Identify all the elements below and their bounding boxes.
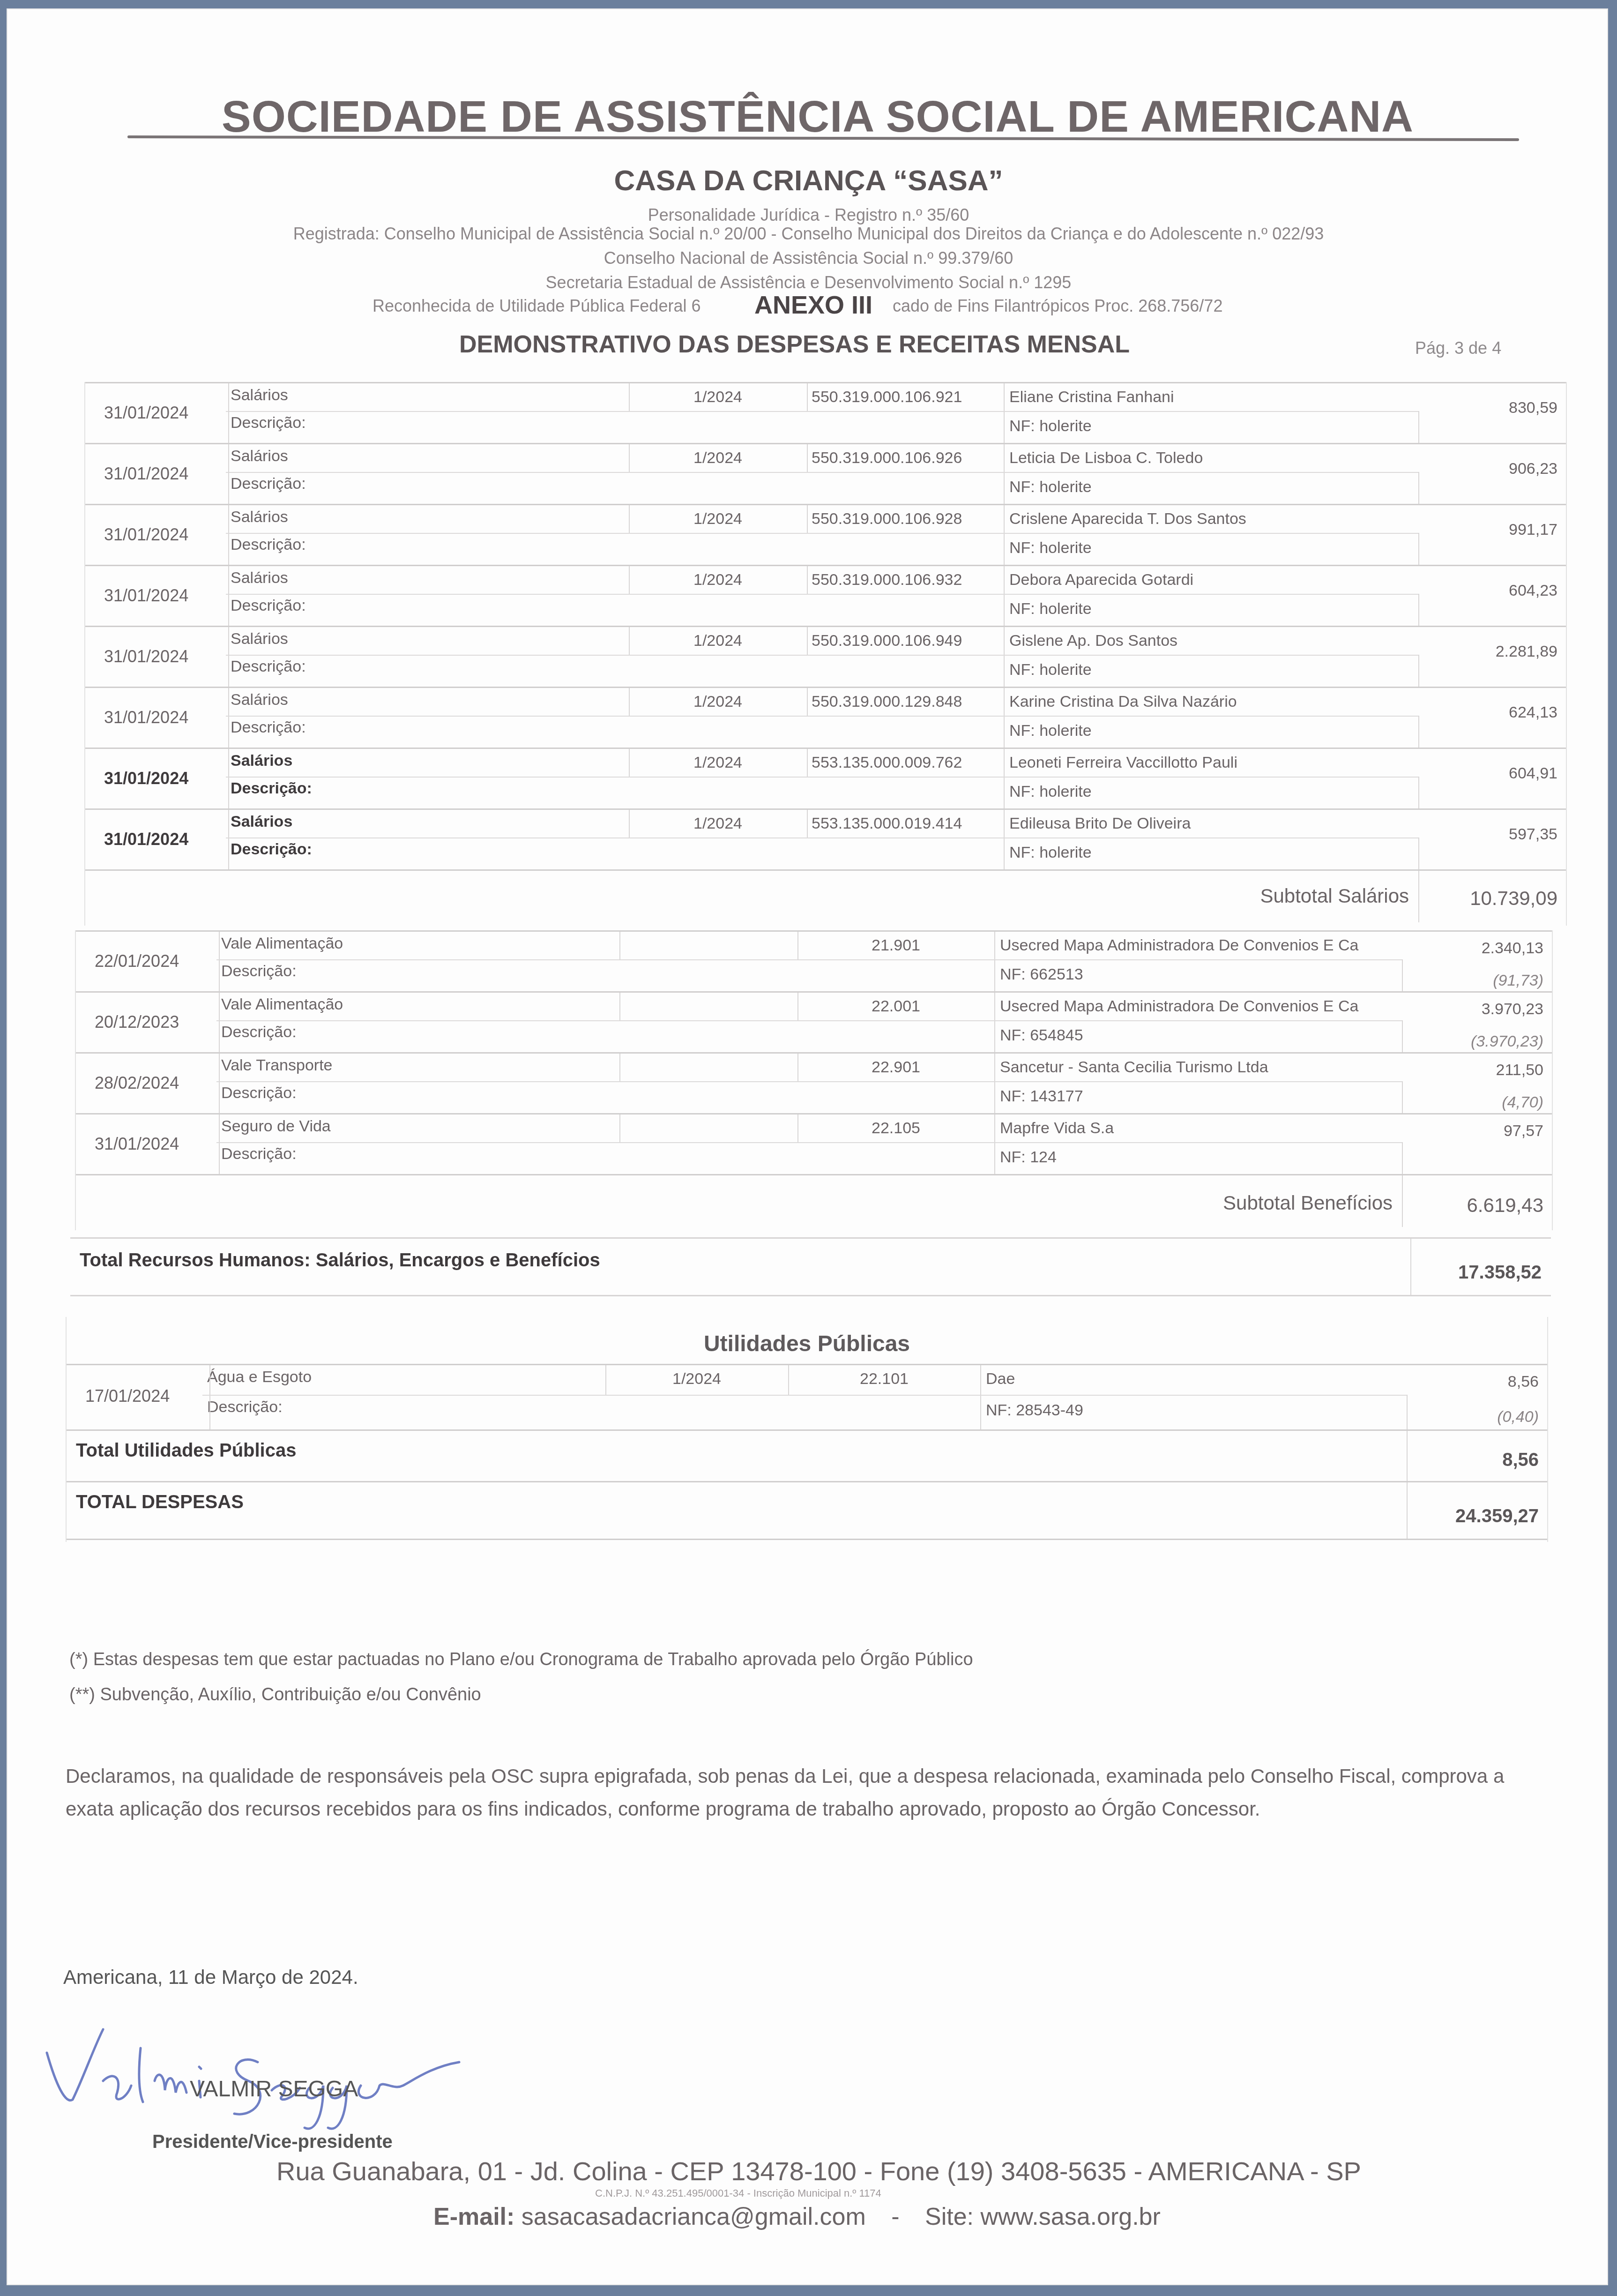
row-type: Salários (231, 752, 292, 770)
row-value: 830,59 (1509, 399, 1557, 417)
subtotal-row: Subtotal Benefícios6.619,43 (76, 1174, 1552, 1227)
column-divider (1402, 1020, 1403, 1054)
row-period: 1/2024 (605, 1370, 788, 1388)
row-divider (202, 1395, 1407, 1396)
row-divider (216, 1142, 1402, 1143)
row-value: 597,35 (1509, 825, 1557, 844)
row-invoice: NF: 143177 (1000, 1087, 1083, 1106)
row-description-label: Descrição: (231, 536, 306, 554)
row-date: 31/01/2024 (104, 403, 188, 423)
footnote-1: (*) Estas despesas tem que estar pactuad… (69, 1650, 973, 1670)
column-divider (228, 505, 229, 566)
footer-address: Rua Guanabara, 01 - Jd. Colina - CEP 134… (276, 2156, 1361, 2186)
row-date: 31/01/2024 (104, 708, 188, 727)
row-type: Seguro de Vida (221, 1117, 331, 1136)
row-invoice: NF: 662513 (1000, 965, 1083, 984)
column-divider (1418, 411, 1419, 445)
row-payee-name: Eliane Cristina Fanhani (1009, 388, 1174, 406)
row-type: Salários (231, 386, 288, 404)
row-divider (226, 594, 1418, 595)
row-description-label: Descrição: (231, 475, 306, 493)
email-link[interactable]: sasacasadacrianca@gmail.com (522, 2203, 866, 2230)
column-divider (807, 749, 808, 777)
row-value: 2.340,13 (1482, 939, 1543, 957)
table-row: 31/01/2024SaláriosDescrição:1/2024550.31… (85, 443, 1566, 505)
column-divider (1407, 1395, 1408, 1431)
declaration-text: Declaramos, na qualidade de responsáveis… (66, 1760, 1518, 1825)
row-description-label: Descrição: (231, 840, 312, 859)
row-divider (226, 655, 1418, 656)
row-deduction: (4,70) (1502, 1093, 1543, 1112)
row-date: 31/01/2024 (104, 586, 188, 606)
column-divider (209, 1365, 210, 1431)
row-description-label: Descrição: (207, 1398, 283, 1416)
registration-line: Personalidade Jurídica - Registro n.º 35… (0, 205, 1617, 225)
table-row: 17/01/2024Água e EsgotoDescrição:1/20242… (67, 1364, 1547, 1431)
row-date: 31/01/2024 (104, 769, 188, 788)
column-divider (1407, 1431, 1408, 1482)
row-invoice: NF: holerite (1009, 844, 1092, 862)
row-payee-name: Crislene Aparecida T. Dos Santos (1009, 510, 1246, 528)
row-invoice: NF: holerite (1009, 417, 1092, 435)
column-divider (980, 1365, 981, 1431)
total-expenses-value: 24.359,27 (1455, 1506, 1539, 1527)
row-invoice: NF: 654845 (1000, 1026, 1083, 1045)
column-divider (228, 627, 229, 688)
column-divider (228, 383, 229, 444)
column-divider (219, 1114, 220, 1175)
subtotal-salaries-label: Subtotal Salários (1260, 885, 1409, 907)
row-divider (216, 959, 1402, 960)
row-document-number: 21.901 (802, 936, 990, 955)
row-deduction: (0,40) (1497, 1408, 1539, 1426)
row-payee-name: Usecred Mapa Administradora De Convenios… (1000, 936, 1358, 955)
row-description-label: Descrição: (221, 1145, 297, 1163)
row-payee-name: Leoneti Ferreira Vaccillotto Pauli (1009, 754, 1237, 772)
column-divider (619, 1114, 620, 1142)
column-divider (1004, 505, 1005, 566)
row-payee-name: Dae (986, 1370, 1015, 1388)
column-divider (1004, 810, 1005, 871)
row-payee-name: Debora Aparecida Gotardi (1009, 571, 1193, 589)
column-divider (1004, 566, 1005, 627)
row-description-label: Descrição: (231, 718, 306, 737)
column-divider (797, 1114, 798, 1142)
row-value: 906,23 (1509, 460, 1557, 478)
row-value: 604,91 (1509, 764, 1557, 783)
total-hr-value: 17.358,52 (1458, 1262, 1542, 1283)
column-divider (619, 1054, 620, 1081)
email-label: E-mail: (433, 2203, 514, 2230)
column-divider (807, 627, 808, 655)
column-divider (1407, 1482, 1408, 1539)
table-row: 31/01/2024Seguro de VidaDescrição:22.105… (76, 1113, 1552, 1175)
row-period: 1/2024 (629, 571, 807, 589)
subtotal-salaries-value: 10.739,09 (1470, 887, 1557, 910)
row-document-number: 22.901 (802, 1058, 990, 1077)
total-hr-row: Total Recursos Humanos: Salários, Encarg… (70, 1237, 1551, 1296)
row-description-label: Descrição: (221, 1023, 297, 1041)
table-row: 31/01/2024SaláriosDescrição:1/2024553.13… (85, 748, 1566, 810)
column-divider (807, 688, 808, 716)
column-divider (994, 932, 995, 993)
column-divider (1418, 716, 1419, 749)
table-row: 31/01/2024SaláriosDescrição:1/2024553.13… (85, 808, 1566, 871)
row-date: 31/01/2024 (104, 464, 188, 484)
column-divider (228, 749, 229, 810)
column-divider (219, 932, 220, 993)
utilities-table: Utilidades Públicas 17/01/2024Água e Esg… (66, 1317, 1548, 1542)
row-payee-name: Karine Cristina Da Silva Nazário (1009, 693, 1237, 711)
registration-line: Secretaria Estadual de Assistência e Des… (0, 273, 1617, 292)
row-type: Salários (231, 813, 292, 831)
table-row: 31/01/2024SaláriosDescrição:1/2024550.31… (85, 382, 1566, 444)
org-name: SOCIEDADE DE ASSISTÊNCIA SOCIAL DE AMERI… (108, 91, 1528, 142)
column-divider (994, 1054, 995, 1114)
column-divider (994, 1114, 995, 1175)
row-type: Salários (231, 447, 288, 465)
row-document-number: 553.135.000.019.414 (812, 815, 962, 833)
separator: - (891, 2203, 899, 2230)
column-divider (219, 993, 220, 1054)
utilities-rows: 17/01/2024Água e EsgotoDescrição:1/20242… (67, 1364, 1547, 1429)
row-value: 3.970,23 (1482, 1000, 1543, 1018)
registration-line: cado de Fins Filantrópicos Proc. 268.756… (893, 296, 1222, 316)
column-divider (219, 1054, 220, 1114)
row-period: 1/2024 (629, 632, 807, 650)
column-divider (1418, 777, 1419, 810)
row-divider (226, 777, 1418, 778)
column-divider (807, 566, 808, 594)
row-document-number: 550.319.000.129.848 (812, 693, 962, 711)
column-divider (228, 444, 229, 505)
row-value: 991,17 (1509, 521, 1557, 539)
org-subtitle: CASA DA CRIANÇA “SASA” (0, 164, 1617, 197)
row-document-number: 550.319.000.106.928 (812, 510, 962, 528)
row-divider (216, 1081, 1402, 1082)
row-divider (226, 838, 1418, 838)
row-type: Salários (231, 508, 288, 526)
row-payee-name: Gislene Ap. Dos Santos (1009, 632, 1177, 650)
row-payee-name: Usecred Mapa Administradora De Convenios… (1000, 997, 1358, 1016)
footer-cnpj: C.N.P.J. N.º 43.251.495/0001-34 - Inscri… (595, 2187, 881, 2199)
table-row: 31/01/2024SaláriosDescrição:1/2024550.31… (85, 565, 1566, 627)
row-date: 22/01/2024 (95, 951, 179, 971)
table-row: 31/01/2024SaláriosDescrição:1/2024550.31… (85, 504, 1566, 566)
row-deduction: (3.970,23) (1471, 1032, 1543, 1051)
row-payee-name: Leticia De Lisboa C. Toledo (1009, 449, 1203, 467)
row-invoice: NF: holerite (1009, 783, 1092, 801)
column-divider (797, 932, 798, 959)
total-expenses-label: TOTAL DESPESAS (76, 1492, 244, 1513)
row-divider (226, 472, 1418, 473)
column-divider (228, 566, 229, 627)
utilities-total-label: Total Utilidades Públicas (76, 1440, 296, 1461)
row-divider (226, 533, 1418, 534)
row-value: 97,57 (1504, 1122, 1543, 1140)
subtotal-benefits-label: Subtotal Benefícios (1223, 1192, 1393, 1214)
row-date: 31/01/2024 (95, 1134, 179, 1154)
row-payee-name: Edileusa Brito De Oliveira (1009, 815, 1191, 833)
row-document-number: 550.319.000.106.921 (812, 388, 962, 406)
row-type: Vale Alimentação (221, 935, 343, 953)
row-date: 31/01/2024 (104, 647, 188, 666)
utilities-total-value: 8,56 (1502, 1450, 1539, 1471)
signer-role: Presidente/Vice-presidente (152, 2131, 393, 2153)
row-description-label: Descrição: (221, 962, 297, 980)
row-period: 1/2024 (629, 449, 807, 467)
signer-name: VALMIR SEGGA (190, 2076, 358, 2102)
registration-line: Reconhecida de Utilidade Pública Federal… (373, 296, 700, 316)
column-divider (1418, 655, 1419, 688)
row-document-number: 22.001 (802, 997, 990, 1016)
page-number: Pág. 3 de 4 (1415, 338, 1501, 358)
row-document-number: 22.105 (802, 1119, 990, 1137)
column-divider (1004, 383, 1005, 444)
row-document-number: 550.319.000.106.932 (812, 571, 962, 589)
row-type: Vale Alimentação (221, 995, 343, 1014)
row-date: 17/01/2024 (85, 1386, 170, 1406)
row-type: Vale Transporte (221, 1056, 333, 1075)
salaries-table: 31/01/2024SaláriosDescrição:1/2024550.31… (84, 382, 1567, 926)
column-divider (619, 932, 620, 959)
row-document-number: 550.319.000.106.949 (812, 632, 962, 650)
column-divider (1004, 444, 1005, 505)
column-divider (228, 688, 229, 749)
column-divider (1418, 838, 1419, 871)
row-divider (226, 411, 1418, 412)
column-divider (1402, 1175, 1403, 1227)
row-description-label: Descrição: (221, 1084, 297, 1102)
row-date: 28/02/2024 (95, 1073, 179, 1093)
row-invoice: NF: holerite (1009, 661, 1092, 679)
row-date: 20/12/2023 (95, 1012, 179, 1032)
table-row: 31/01/2024SaláriosDescrição:1/2024550.31… (85, 687, 1566, 749)
column-divider (797, 993, 798, 1020)
table-row: 31/01/2024SaláriosDescrição:1/2024550.31… (85, 626, 1566, 688)
row-description-label: Descrição: (231, 658, 306, 676)
row-description-label: Descrição: (231, 414, 306, 432)
row-deduction: (91,73) (1493, 972, 1543, 990)
row-description-label: Descrição: (231, 779, 312, 798)
column-divider (1004, 688, 1005, 749)
row-description-label: Descrição: (231, 597, 306, 615)
row-divider (216, 1020, 1402, 1021)
row-document-number: 553.135.000.009.762 (812, 754, 962, 772)
column-divider (1418, 871, 1419, 922)
column-divider (1418, 594, 1419, 628)
row-invoice: NF: holerite (1009, 600, 1092, 618)
column-divider (1402, 1142, 1403, 1176)
total-expenses-row: TOTAL DESPESAS24.359,27 (67, 1481, 1547, 1540)
row-value: 8,56 (1508, 1373, 1539, 1391)
footer-contacts: E-mail: sasacasadacrianca@gmail.com - Si… (433, 2203, 1161, 2231)
column-divider (1402, 959, 1403, 993)
handwritten-signature (37, 2011, 483, 2132)
utilities-total-row: Total Utilidades Públicas8,56 (67, 1429, 1547, 1482)
footnote-2: (**) Subvenção, Auxílio, Contribuição e/… (69, 1685, 481, 1705)
site-link[interactable]: www.sasa.org.br (980, 2203, 1160, 2230)
annex-label: ANEXO III (754, 291, 872, 320)
row-type: Salários (231, 630, 288, 648)
table-row: 20/12/2023Vale AlimentaçãoDescrição:22.0… (76, 991, 1552, 1054)
table-row: 28/02/2024Vale TransporteDescrição:22.90… (76, 1052, 1552, 1114)
document-title: DEMONSTRATIVO DAS DESPESAS E RECEITAS ME… (459, 330, 1130, 359)
row-value: 604,23 (1509, 582, 1557, 600)
site-label: Site: (925, 2203, 974, 2230)
row-divider (226, 716, 1418, 717)
registration-line: Conselho Nacional de Assistência Social … (0, 248, 1617, 268)
column-divider (1418, 533, 1419, 567)
row-invoice: NF: holerite (1009, 478, 1092, 496)
row-value: 624,13 (1509, 703, 1557, 722)
column-divider (797, 1054, 798, 1081)
column-divider (807, 444, 808, 472)
subtotal-row: Subtotal Salários10.739,09 (85, 869, 1566, 922)
row-period: 1/2024 (629, 510, 807, 528)
registration-line: Registrada: Conselho Municipal de Assist… (0, 224, 1617, 244)
table-row: 22/01/2024Vale AlimentaçãoDescrição:21.9… (76, 930, 1552, 993)
column-divider (1418, 472, 1419, 506)
column-divider (1004, 749, 1005, 810)
column-divider (619, 993, 620, 1020)
row-period: 1/2024 (629, 754, 807, 772)
row-type: Salários (231, 691, 288, 709)
row-period: 1/2024 (629, 815, 807, 833)
row-invoice: NF: holerite (1009, 539, 1092, 557)
row-invoice: NF: holerite (1009, 722, 1092, 740)
row-date: 31/01/2024 (104, 525, 188, 545)
row-period: 1/2024 (629, 693, 807, 711)
total-hr-label: Total Recursos Humanos: Salários, Encarg… (80, 1250, 600, 1271)
row-type: Salários (231, 569, 288, 587)
row-document-number: 22.101 (793, 1370, 976, 1388)
column-divider (1402, 1081, 1403, 1115)
row-date: 31/01/2024 (104, 830, 188, 849)
row-document-number: 550.319.000.106.926 (812, 449, 962, 467)
column-divider (788, 1365, 789, 1395)
benefits-table: 22/01/2024Vale AlimentaçãoDescrição:21.9… (75, 930, 1553, 1230)
column-divider (228, 810, 229, 871)
column-divider (994, 993, 995, 1054)
row-payee-name: Mapfre Vida S.a (1000, 1119, 1114, 1137)
row-invoice: NF: 28543-49 (986, 1401, 1083, 1420)
column-divider (807, 505, 808, 533)
place-date: Americana, 11 de Março de 2024. (63, 1966, 358, 1989)
row-value: 2.281,89 (1496, 643, 1557, 661)
row-period: 1/2024 (629, 388, 807, 406)
column-divider (807, 383, 808, 411)
utilities-title: Utilidades Públicas (67, 1331, 1547, 1357)
row-value: 211,50 (1496, 1061, 1543, 1079)
column-divider (1004, 627, 1005, 688)
row-type: Água e Esgoto (207, 1368, 312, 1386)
column-divider (807, 810, 808, 838)
row-payee-name: Sancetur - Santa Cecilia Turismo Ltda (1000, 1058, 1268, 1077)
row-invoice: NF: 124 (1000, 1148, 1057, 1167)
subtotal-benefits-value: 6.619,43 (1467, 1194, 1544, 1217)
